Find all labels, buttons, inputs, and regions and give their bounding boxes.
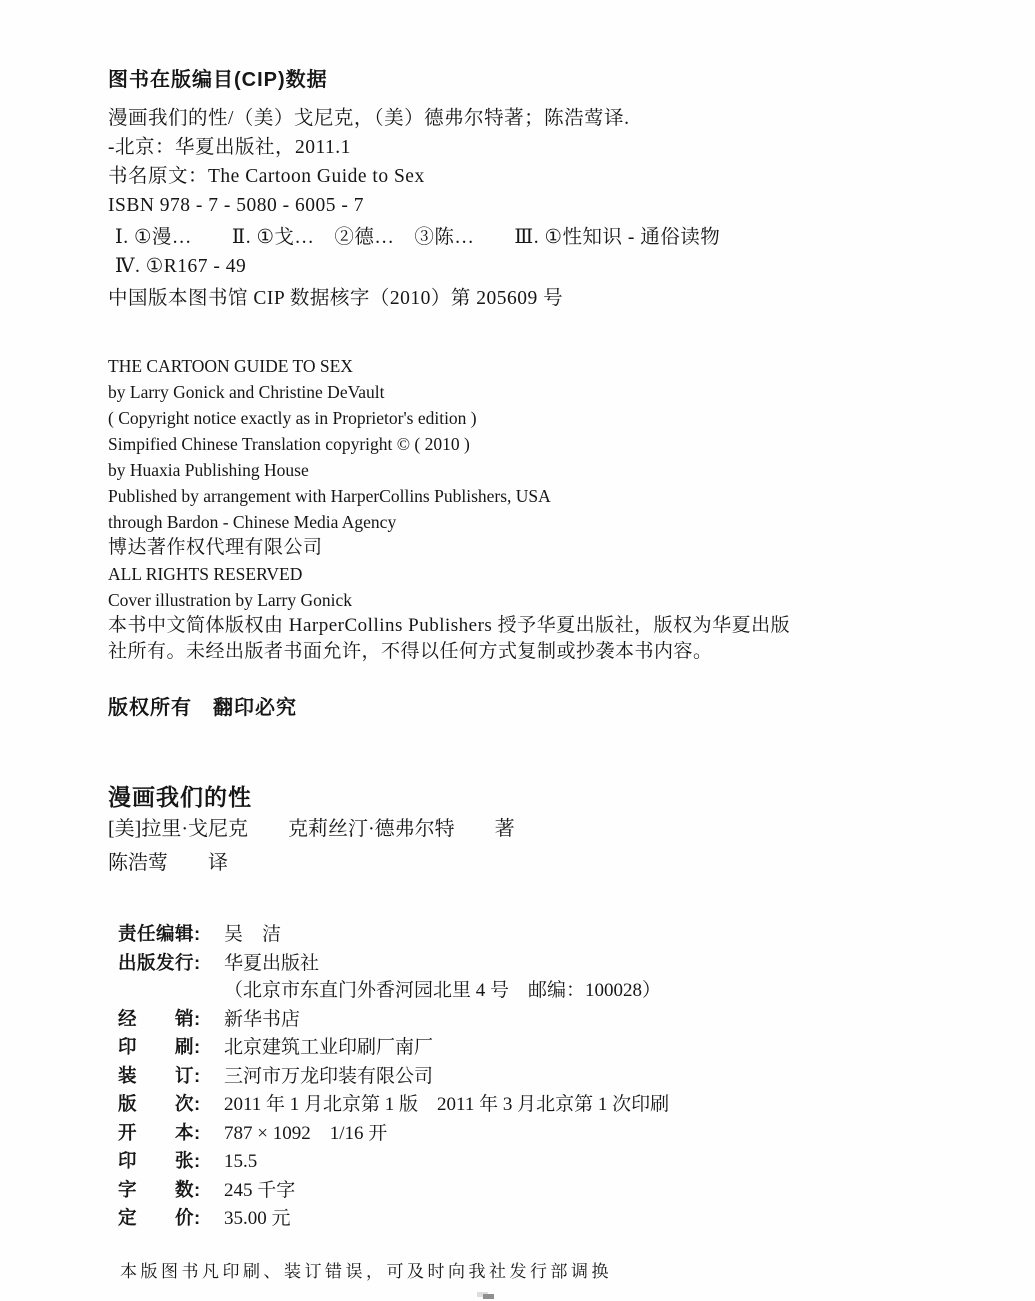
pub-label: 出版发行: — [118, 949, 224, 977]
cip-line-registration: 中国版本图书馆 CIP 数据核字（2010）第 205609 号 — [108, 284, 995, 313]
copyright-line-cn-statement-2: 社所有。未经出版者书面允许，不得以任何方式复制或抄袭本书内容。 — [108, 639, 995, 665]
cip-line-isbn: ISBN 978 - 7 - 5080 - 6005 - 7 — [108, 191, 995, 220]
book-title: 漫画我们的性 — [108, 782, 995, 812]
pub-value: 吴 洁 — [224, 924, 281, 945]
pub-value: 华夏出版社 — [224, 953, 319, 974]
copyright-line-title: THE CARTOON GUIDE TO SEX — [108, 353, 995, 379]
pub-row-binder: 装 订:三河市万龙印装有限公司 — [118, 1062, 995, 1091]
cip-header: 图书在版编目(CIP)数据 — [108, 66, 995, 94]
page-content: 图书在版编目(CIP)数据 漫画我们的性/（美）戈尼克，（美）德弗尔特著；陈浩莺… — [108, 66, 995, 1282]
copyright-line-translation: Simpified Chinese Translation copyright … — [108, 431, 995, 457]
cip-line-title: 漫画我们的性/（美）戈尼克，（美）德弗尔特著；陈浩莺译. — [108, 104, 995, 133]
copyright-line-agency-en: through Bardon - Chinese Media Agency — [108, 509, 995, 535]
book-translator: 陈浩莺 译 — [108, 846, 995, 880]
copyright-line-agency-cn: 博达著作权代理有限公司 — [108, 535, 995, 561]
pub-label: 装 订: — [118, 1062, 224, 1090]
pub-value: 245 千字 — [224, 1180, 295, 1201]
pub-value: 新华书店 — [224, 1009, 300, 1030]
book-authors: [美]拉里·戈尼克 克莉丝汀·德弗尔特 著 — [108, 812, 995, 846]
copyright-page: 图书在版编目(CIP)数据 漫画我们的性/（美）戈尼克，（美）德弗尔特著；陈浩莺… — [0, 0, 1035, 1301]
pub-value: 35.00 元 — [224, 1208, 291, 1229]
exchange-note: 本版图书凡印刷、装订错误，可及时向我社发行部调换 — [108, 1257, 995, 1282]
pub-value: （北京市东直门外香河园北里 4 号 邮编：100028） — [224, 980, 661, 1001]
pub-label: 印 张: — [118, 1147, 224, 1175]
cip-line-classification-2: Ⅳ. ①R167 - 49 — [108, 252, 995, 281]
pub-row-sheets: 印 张:15.5 — [118, 1147, 995, 1176]
pub-label: 开 本: — [118, 1119, 224, 1147]
pub-row-edition: 版 次:2011 年 1 月北京第 1 版 2011 年 3 月北京第 1 次印… — [118, 1090, 995, 1119]
pub-row-distributor: 经 销:新华书店 — [118, 1005, 995, 1034]
pub-value: 北京建筑工业印刷厂南厂 — [224, 1037, 433, 1058]
publication-list: 责任编辑:吴 洁 出版发行:华夏出版社 （北京市东直门外香河园北里 4 号 邮编… — [108, 920, 995, 1233]
cip-line-classification-1: Ⅰ. ①漫… Ⅱ. ①戈… ②德… ③陈… Ⅲ. ①性知识 - 通俗读物 — [108, 223, 995, 252]
pub-value: 787 × 1092 1/16 开 — [224, 1123, 387, 1144]
pub-row-wordcount: 字 数:245 千字 — [118, 1176, 995, 1205]
pub-label: 定 价: — [118, 1204, 224, 1232]
pub-label: 责任编辑: — [118, 920, 224, 948]
pub-label: 经 销: — [118, 1005, 224, 1033]
pub-label: 版 次: — [118, 1090, 224, 1118]
book-block: 漫画我们的性 [美]拉里·戈尼克 克莉丝汀·德弗尔特 著 陈浩莺 译 — [108, 782, 995, 880]
pub-value: 2011 年 1 月北京第 1 版 2011 年 3 月北京第 1 次印刷 — [224, 1094, 669, 1115]
pub-row-publisher: 出版发行:华夏出版社 — [118, 949, 995, 978]
pub-label: 印 刷: — [118, 1033, 224, 1061]
copyright-line-cn-statement-1: 本书中文简体版权由 HarperCollins Publishers 授予华夏出… — [108, 613, 995, 639]
copyright-block: THE CARTOON GUIDE TO SEX by Larry Gonick… — [108, 353, 995, 665]
copyright-line-cover: Cover illustration by Larry Gonick — [108, 587, 995, 613]
cip-block: 图书在版编目(CIP)数据 漫画我们的性/（美）戈尼克，（美）德弗尔特著；陈浩莺… — [108, 66, 995, 313]
scan-artifact-mark — [483, 1294, 494, 1299]
copyright-line-authors: by Larry Gonick and Christine DeVault — [108, 379, 995, 405]
pub-value: 15.5 — [224, 1151, 257, 1172]
pub-row-price: 定 价:35.00 元 — [118, 1204, 995, 1233]
pub-row-address: （北京市东直门外香河园北里 4 号 邮编：100028） — [118, 977, 995, 1005]
cip-line-publisher: -北京：华夏出版社，2011.1 — [108, 133, 995, 162]
cip-line-original-title: 书名原文：The Cartoon Guide to Sex — [108, 162, 995, 191]
copyright-line-notice: ( Copyright notice exactly as in Proprie… — [108, 405, 995, 431]
copyright-line-rights: ALL RIGHTS RESERVED — [108, 561, 995, 587]
rights-notice: 版权所有 翻印必究 — [108, 691, 995, 720]
pub-label: 字 数: — [118, 1176, 224, 1204]
pub-row-editor: 责任编辑:吴 洁 — [118, 920, 995, 949]
copyright-line-house: by Huaxia Publishing House — [108, 457, 995, 483]
pub-row-format: 开 本:787 × 1092 1/16 开 — [118, 1119, 995, 1148]
copyright-line-arrangement: Published by arrangement with HarperColl… — [108, 483, 995, 509]
pub-value: 三河市万龙印装有限公司 — [224, 1066, 433, 1087]
pub-row-printer: 印 刷:北京建筑工业印刷厂南厂 — [118, 1033, 995, 1062]
